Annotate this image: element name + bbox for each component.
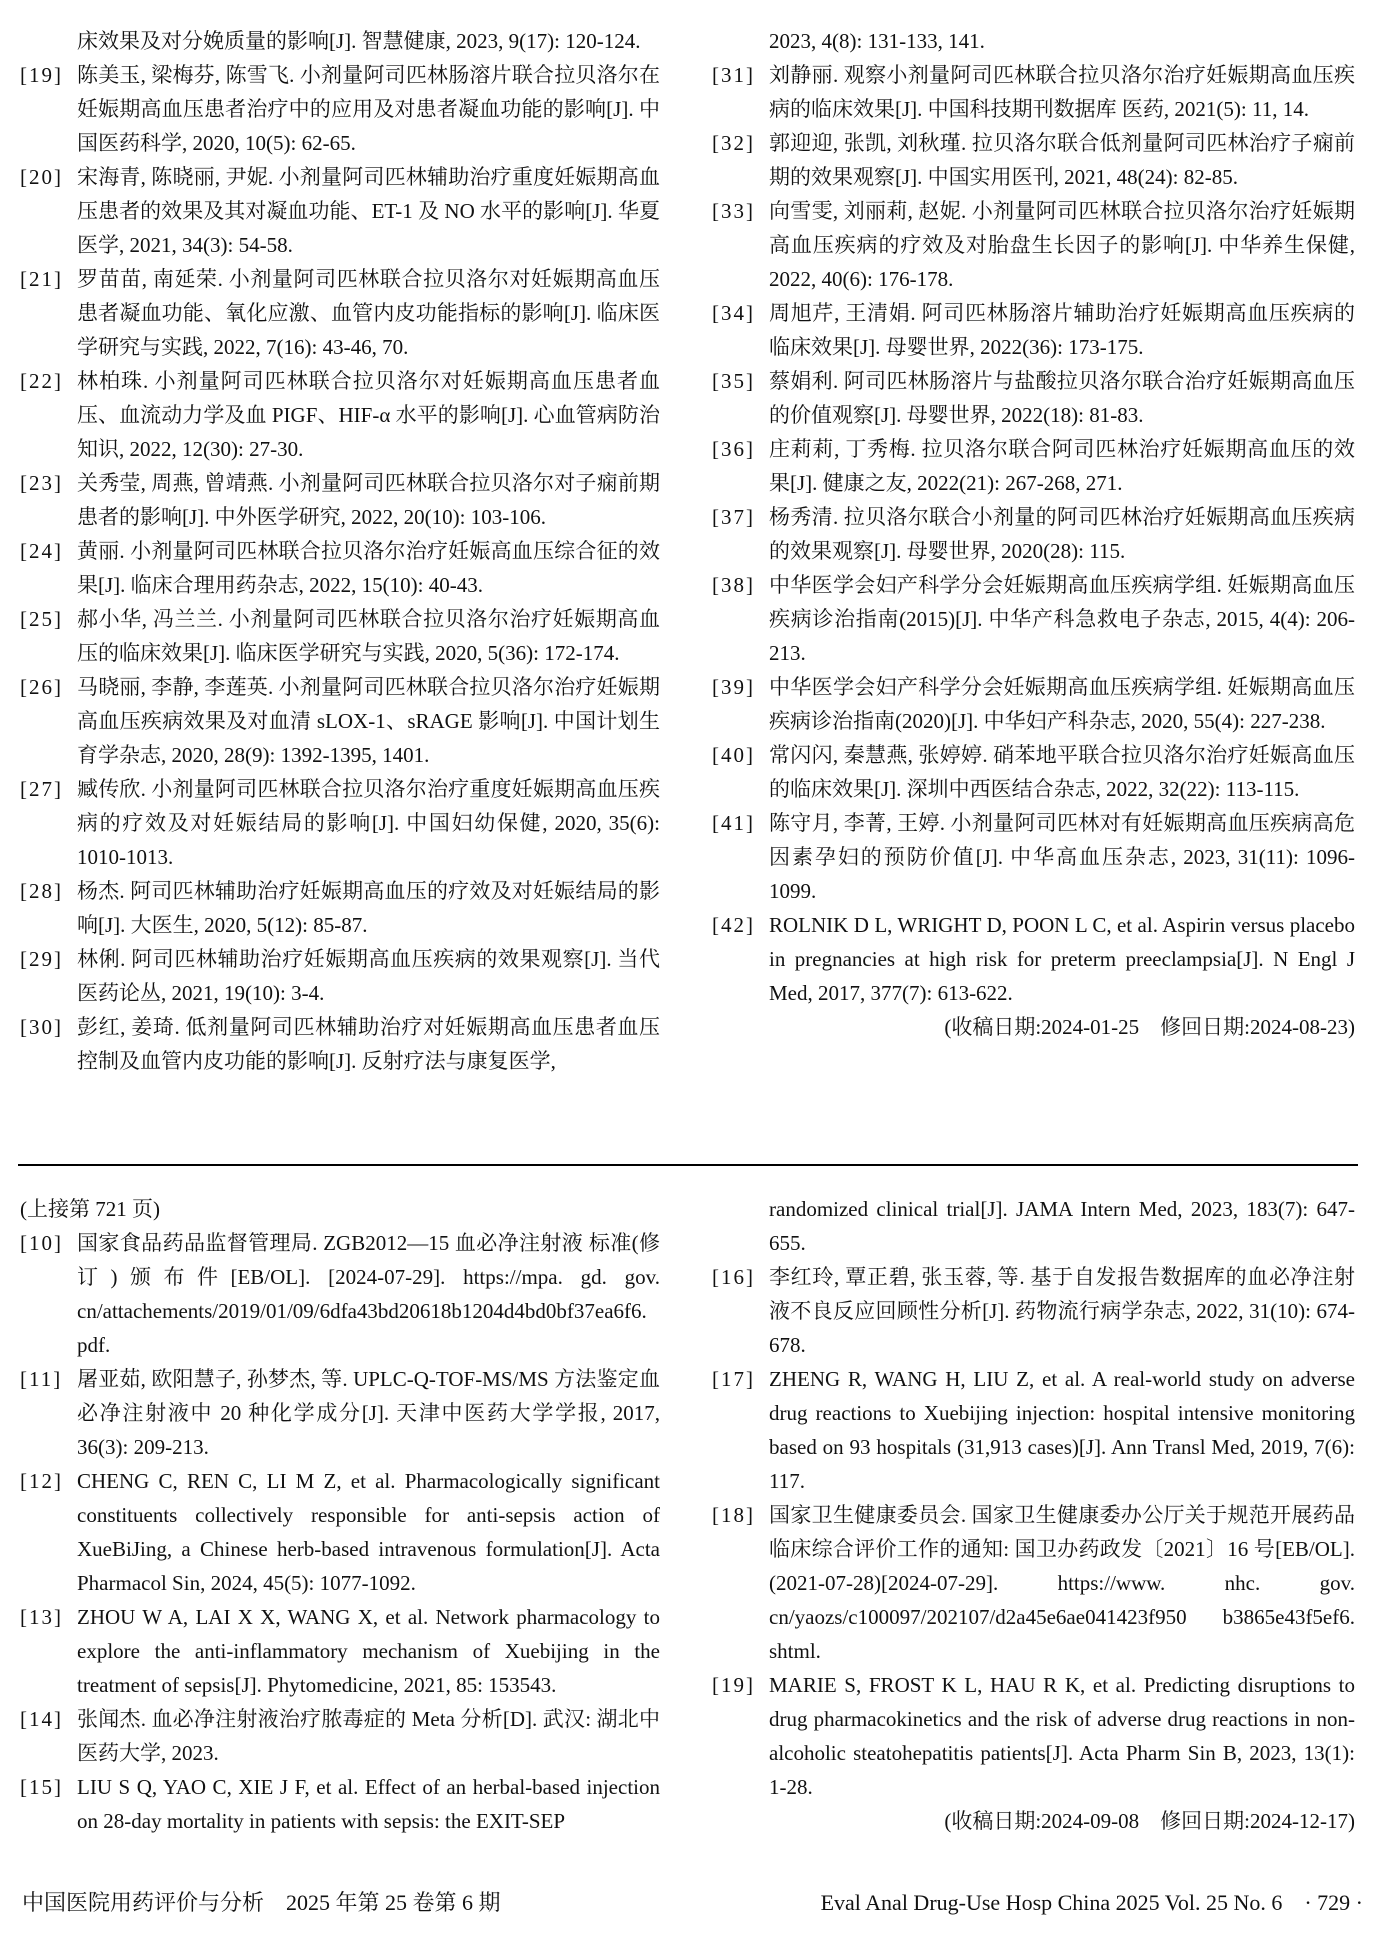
reference-text: 杨杰. 阿司匹林辅助治疗妊娠期高血压的疗效及对妊娠结局的影响[J]. 大医生, … [77,874,660,942]
reference-item: [19] 陈美玉, 梁梅芬, 陈雪飞. 小剂量阿司匹林肠溶片联合拉贝洛尔在妊娠期… [20,58,660,160]
reference-text: MARIE S, FROST K L, HAU R K, et al. Pred… [769,1668,1355,1804]
reference-number: [26] [20,670,77,704]
reference-item: [33] 向雪雯, 刘丽莉, 赵妮. 小剂量阿司匹林联合拉贝洛尔治疗妊娠期高血压… [712,194,1355,296]
reference-text: 陈守月, 李菁, 王婷. 小剂量阿司匹林对有妊娠期高血压疾病高危因素孕妇的预防价… [769,806,1355,908]
reference-number: [16] [712,1260,769,1294]
reference-number: [31] [712,58,769,92]
reference-number: [27] [20,772,77,806]
reference-item: [29] 林俐. 阿司匹林辅助治疗妊娠期高血压疾病的效果观察[J]. 当代医药论… [20,942,660,1010]
reference-number: [32] [712,126,769,160]
reference-text: 蔡娟利. 阿司匹林肠溶片与盐酸拉贝洛尔联合治疗妊娠期高血压的价值观察[J]. 母… [769,364,1355,432]
reference-item: 2023, 4(8): 131-133, 141. [712,24,1355,58]
reference-text: randomized clinical trial[J]. JAMA Inter… [769,1192,1355,1260]
reference-text: 马晓丽, 李静, 李莲英. 小剂量阿司匹林联合拉贝洛尔治疗妊娠期高血压疾病效果及… [77,670,660,772]
reference-item: [15] LIU S Q, YAO C, XIE J F, et al. Eff… [20,1770,660,1838]
reference-number: [37] [712,500,769,534]
reference-number: [30] [20,1010,77,1044]
reference-text: LIU S Q, YAO C, XIE J F, et al. Effect o… [77,1770,660,1838]
reference-text: 林俐. 阿司匹林辅助治疗妊娠期高血压疾病的效果观察[J]. 当代医药论丛, 20… [77,942,660,1010]
reference-item: [14] 张闻杰. 血必净注射液治疗脓毒症的 Meta 分析[D]. 武汉: 湖… [20,1702,660,1770]
reference-text: 国家食品药品监督管理局. ZGB2012—15 血必净注射液 标准(修订)颁布件… [77,1226,660,1362]
reference-number: [23] [20,466,77,500]
reference-number: [10] [20,1226,77,1260]
reference-item: 床效果及对分娩质量的影响[J]. 智慧健康, 2023, 9(17): 120-… [20,24,660,58]
reference-number: [38] [712,568,769,602]
reference-item: [35] 蔡娟利. 阿司匹林肠溶片与盐酸拉贝洛尔联合治疗妊娠期高血压的价值观察[… [712,364,1355,432]
reference-item: [28] 杨杰. 阿司匹林辅助治疗妊娠期高血压的疗效及对妊娠结局的影响[J]. … [20,874,660,942]
reference-item: [30] 彭红, 姜琦. 低剂量阿司匹林辅助治疗对妊娠期高血压患者血压控制及血管… [20,1010,660,1078]
reference-text: 彭红, 姜琦. 低剂量阿司匹林辅助治疗对妊娠期高血压患者血压控制及血管内皮功能的… [77,1010,660,1078]
section2-right-column: randomized clinical trial[J]. JAMA Inter… [712,1192,1355,1838]
reference-text: 张闻杰. 血必净注射液治疗脓毒症的 Meta 分析[D]. 武汉: 湖北中医药大… [77,1702,660,1770]
reference-item: [31] 刘静丽. 观察小剂量阿司匹林联合拉贝洛尔治疗妊娠期高血压疾病的临床效果… [712,58,1355,126]
section2-left-column: (上接第 721 页) [10] 国家食品药品监督管理局. ZGB2012—15… [20,1192,660,1838]
reference-item: [24] 黄丽. 小剂量阿司匹林联合拉贝洛尔治疗妊娠高血压综合征的效果[J]. … [20,534,660,602]
reference-text: 宋海青, 陈晓丽, 尹妮. 小剂量阿司匹林辅助治疗重度妊娠期高血压患者的效果及其… [77,160,660,262]
reference-item: [10] 国家食品药品监督管理局. ZGB2012—15 血必净注射液 标准(修… [20,1226,660,1362]
reference-number: [19] [712,1668,769,1702]
reference-number: [11] [20,1362,77,1396]
reference-text: 郭迎迎, 张凯, 刘秋瑾. 拉贝洛尔联合低剂量阿司匹林治疗子痫前期的效果观察[J… [769,126,1355,194]
reference-number: [20] [20,160,77,194]
section1-right-column: 2023, 4(8): 131-133, 141. [31] 刘静丽. 观察小剂… [712,24,1355,1044]
footer-journal-en: Eval Anal Drug-Use Hosp China 2025 Vol. … [821,1888,1363,1918]
reference-item: randomized clinical trial[J]. JAMA Inter… [712,1192,1355,1260]
reference-item: [37] 杨秀清. 拉贝洛尔联合小剂量的阿司匹林治疗妊娠期高血压疾病的效果观察[… [712,500,1355,568]
reference-text: 中华医学会妇产科学分会妊娠期高血压疾病学组. 妊娠期高血压疾病诊治指南(2020… [769,670,1355,738]
reference-number: [19] [20,58,77,92]
reference-item: [34] 周旭芹, 王清娟. 阿司匹林肠溶片辅助治疗妊娠期高血压疾病的临床效果[… [712,296,1355,364]
reference-item: [21] 罗苗苗, 南延荣. 小剂量阿司匹林联合拉贝洛尔对妊娠期高血压患者凝血功… [20,262,660,364]
journal-page: 床效果及对分娩质量的影响[J]. 智慧健康, 2023, 9(17): 120-… [0,0,1375,1940]
reference-text: CHENG C, REN C, LI M Z, et al. Pharmacol… [77,1464,660,1600]
reference-item: [36] 庄莉莉, 丁秀梅. 拉贝洛尔联合阿司匹林治疗妊娠期高血压的效果[J].… [712,432,1355,500]
reference-item: [23] 关秀莹, 周燕, 曾靖燕. 小剂量阿司匹林联合拉贝洛尔对子痫前期患者的… [20,466,660,534]
reference-number: [42] [712,908,769,942]
reference-number: [14] [20,1702,77,1736]
reference-number: [21] [20,262,77,296]
reference-item: [32] 郭迎迎, 张凯, 刘秋瑾. 拉贝洛尔联合低剂量阿司匹林治疗子痫前期的效… [712,126,1355,194]
reference-item: [42] ROLNIK D L, WRIGHT D, POON L C, et … [712,908,1355,1010]
reference-text: ZHENG R, WANG H, LIU Z, et al. A real-wo… [769,1362,1355,1498]
reference-text: 罗苗苗, 南延荣. 小剂量阿司匹林联合拉贝洛尔对妊娠期高血压患者凝血功能、氧化应… [77,262,660,364]
reference-number: [41] [712,806,769,840]
section-divider [18,1164,1358,1166]
reference-number: [39] [712,670,769,704]
reference-text: 屠亚茹, 欧阳慧子, 孙梦杰, 等. UPLC-Q-TOF-MS/MS 方法鉴定… [77,1362,660,1464]
reference-text: 杨秀清. 拉贝洛尔联合小剂量的阿司匹林治疗妊娠期高血压疾病的效果观察[J]. 母… [769,500,1355,568]
section1-right-list: 2023, 4(8): 131-133, 141. [31] 刘静丽. 观察小剂… [712,24,1355,1010]
page-footer: 中国医院用药评价与分析 2025 年第 25 卷第 6 期 Eval Anal … [22,1888,1363,1918]
reference-item: [26] 马晓丽, 李静, 李莲英. 小剂量阿司匹林联合拉贝洛尔治疗妊娠期高血压… [20,670,660,772]
receipt-date-line: (收稿日期:2024-09-08 修回日期:2024-12-17) [712,1804,1355,1838]
section2-left-list: [10] 国家食品药品监督管理局. ZGB2012—15 血必净注射液 标准(修… [20,1226,660,1838]
reference-number: [22] [20,364,77,398]
reference-item: [38] 中华医学会妇产科学分会妊娠期高血压疾病学组. 妊娠期高血压疾病诊治指南… [712,568,1355,670]
reference-item: [39] 中华医学会妇产科学分会妊娠期高血压疾病学组. 妊娠期高血压疾病诊治指南… [712,670,1355,738]
reference-number: [18] [712,1498,769,1532]
reference-number: [28] [20,874,77,908]
reference-text: 向雪雯, 刘丽莉, 赵妮. 小剂量阿司匹林联合拉贝洛尔治疗妊娠期高血压疾病的疗效… [769,194,1355,296]
reference-number: [25] [20,602,77,636]
reference-number: [40] [712,738,769,772]
receipt-date-line: (收稿日期:2024-01-25 修回日期:2024-08-23) [712,1010,1355,1044]
reference-item: [17] ZHENG R, WANG H, LIU Z, et al. A re… [712,1362,1355,1498]
reference-text: 中华医学会妇产科学分会妊娠期高血压疾病学组. 妊娠期高血压疾病诊治指南(2015… [769,568,1355,670]
reference-number: [35] [712,364,769,398]
continued-from-note: (上接第 721 页) [20,1192,660,1226]
reference-number: [29] [20,942,77,976]
reference-text: ROLNIK D L, WRIGHT D, POON L C, et al. A… [769,908,1355,1010]
reference-item: [40] 常闪闪, 秦慧燕, 张婷婷. 硝苯地平联合拉贝洛尔治疗妊娠高血压的临床… [712,738,1355,806]
reference-number: [24] [20,534,77,568]
reference-text: 郝小华, 冯兰兰. 小剂量阿司匹林联合拉贝洛尔治疗妊娠期高血压的临床效果[J].… [77,602,660,670]
reference-text: 关秀莹, 周燕, 曾靖燕. 小剂量阿司匹林联合拉贝洛尔对子痫前期患者的影响[J]… [77,466,660,534]
reference-number: [13] [20,1600,77,1634]
section1-left-column: 床效果及对分娩质量的影响[J]. 智慧健康, 2023, 9(17): 120-… [20,24,660,1078]
reference-text: 黄丽. 小剂量阿司匹林联合拉贝洛尔治疗妊娠高血压综合征的效果[J]. 临床合理用… [77,534,660,602]
reference-text: 刘静丽. 观察小剂量阿司匹林联合拉贝洛尔治疗妊娠期高血压疾病的临床效果[J]. … [769,58,1355,126]
reference-text: ZHOU W A, LAI X X, WANG X, et al. Networ… [77,1600,660,1702]
reference-text: 臧传欣. 小剂量阿司匹林联合拉贝洛尔治疗重度妊娠期高血压疾病的疗效及对妊娠结局的… [77,772,660,874]
reference-text: 林柏珠. 小剂量阿司匹林联合拉贝洛尔对妊娠期高血压患者血压、血流动力学及血 PI… [77,364,660,466]
reference-item: [19] MARIE S, FROST K L, HAU R K, et al.… [712,1668,1355,1804]
reference-text: 庄莉莉, 丁秀梅. 拉贝洛尔联合阿司匹林治疗妊娠期高血压的效果[J]. 健康之友… [769,432,1355,500]
reference-number: [12] [20,1464,77,1498]
reference-text: 床效果及对分娩质量的影响[J]. 智慧健康, 2023, 9(17): 120-… [77,24,660,58]
reference-number: [36] [712,432,769,466]
reference-item: [27] 臧传欣. 小剂量阿司匹林联合拉贝洛尔治疗重度妊娠期高血压疾病的疗效及对… [20,772,660,874]
reference-number: [15] [20,1770,77,1804]
reference-item: [13] ZHOU W A, LAI X X, WANG X, et al. N… [20,1600,660,1702]
reference-item: [20] 宋海青, 陈晓丽, 尹妮. 小剂量阿司匹林辅助治疗重度妊娠期高血压患者… [20,160,660,262]
reference-item: [16] 李红玲, 覃正碧, 张玉蓉, 等. 基于自发报告数据库的血必净注射液不… [712,1260,1355,1362]
reference-text: 李红玲, 覃正碧, 张玉蓉, 等. 基于自发报告数据库的血必净注射液不良反应回顾… [769,1260,1355,1362]
reference-item: [25] 郝小华, 冯兰兰. 小剂量阿司匹林联合拉贝洛尔治疗妊娠期高血压的临床效… [20,602,660,670]
reference-number: [34] [712,296,769,330]
reference-item: [18] 国家卫生健康委员会. 国家卫生健康委办公厅关于规范开展药品临床综合评价… [712,1498,1355,1668]
reference-number: [17] [712,1362,769,1396]
reference-text: 陈美玉, 梁梅芬, 陈雪飞. 小剂量阿司匹林肠溶片联合拉贝洛尔在妊娠期高血压患者… [77,58,660,160]
reference-item: [11] 屠亚茹, 欧阳慧子, 孙梦杰, 等. UPLC-Q-TOF-MS/MS… [20,1362,660,1464]
reference-text: 常闪闪, 秦慧燕, 张婷婷. 硝苯地平联合拉贝洛尔治疗妊娠高血压的临床效果[J]… [769,738,1355,806]
reference-item: [41] 陈守月, 李菁, 王婷. 小剂量阿司匹林对有妊娠期高血压疾病高危因素孕… [712,806,1355,908]
reference-text: 2023, 4(8): 131-133, 141. [769,24,1355,58]
reference-text: 国家卫生健康委员会. 国家卫生健康委办公厅关于规范开展药品临床综合评价工作的通知… [769,1498,1355,1668]
reference-number: [33] [712,194,769,228]
reference-item: [22] 林柏珠. 小剂量阿司匹林联合拉贝洛尔对妊娠期高血压患者血压、血流动力学… [20,364,660,466]
section2-right-list: randomized clinical trial[J]. JAMA Inter… [712,1192,1355,1804]
reference-text: 周旭芹, 王清娟. 阿司匹林肠溶片辅助治疗妊娠期高血压疾病的临床效果[J]. 母… [769,296,1355,364]
reference-item: [12] CHENG C, REN C, LI M Z, et al. Phar… [20,1464,660,1600]
footer-journal-cn: 中国医院用药评价与分析 2025 年第 25 卷第 6 期 [22,1888,501,1918]
